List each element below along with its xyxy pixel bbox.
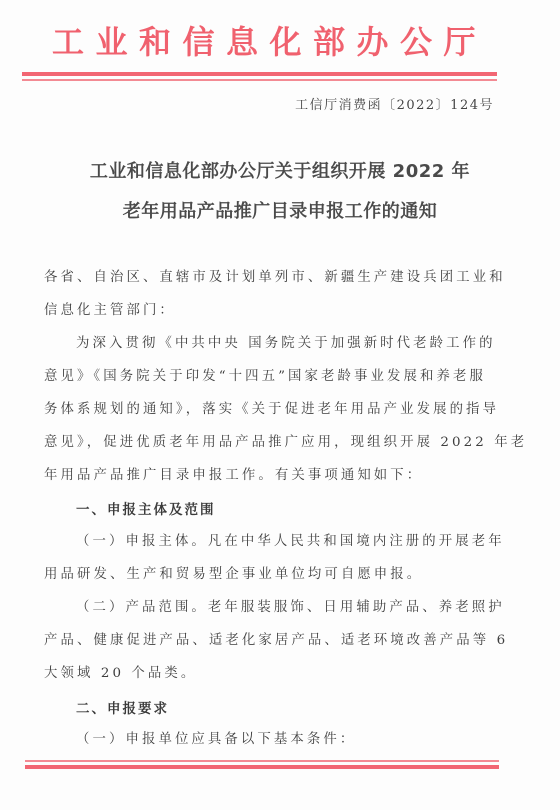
section-1-item-1-line-2: 用品研发、生产和贸易型企事业单位均可自愿申报。: [44, 565, 476, 585]
intro-line-5: 年用品产品推广目录申报工作。有关事项通知如下：: [44, 466, 476, 486]
section-1-item-2-line-2: 产品、健康促进产品、适老化家居产品、适老环境改善产品等 6: [44, 631, 476, 651]
intro-line-2: 意见》《国务院关于印发“十四五”国家老龄事业发展和养老服: [44, 367, 476, 387]
section-2-item-1-line-1: （一）申报单位应具备以下基本条件：: [76, 730, 508, 750]
section-1-item-1-line-1: （一）申报主体。凡在中华人民共和国境内注册的开展老年: [76, 532, 508, 552]
addressee-line-1: 各省、自治区、直辖市及计划单列市、新疆生产建设兵团工业和: [44, 268, 476, 288]
document-title-line-1: 工业和信息化部办公厅关于组织开展 2022 年: [0, 157, 560, 183]
intro-line-1: 为深入贯彻《中共中央 国务院关于加强新时代老龄工作的: [76, 334, 508, 354]
footer-rule-thin: [25, 760, 499, 762]
footer-rule-thick: [25, 765, 499, 769]
document-page: 工业和信息化部办公厅 工信厅消费函〔2022〕124号 工业和信息化部办公厅关于…: [0, 0, 560, 810]
section-heading-2: 二、申报要求: [76, 697, 169, 717]
letterhead-rule-thick: [22, 72, 497, 76]
document-number: 工信厅消费函〔2022〕124号: [295, 94, 494, 113]
intro-line-4: 意见》，促进优质老年用品产品推广应用，现组织开展 2022 年老: [44, 433, 476, 453]
intro-line-3: 务体系规划的通知》，落实《关于促进老年用品产业发展的指导: [44, 400, 476, 420]
letterhead-issuer: 工业和信息化部办公厅: [52, 22, 472, 62]
addressee-line-2: 信息化主管部门：: [44, 301, 476, 321]
section-heading-1: 一、申报主体及范围: [76, 498, 216, 518]
document-title-line-2: 老年用品产品推广目录申报工作的通知: [0, 197, 560, 223]
section-1-item-2-line-3: 大领域 20 个品类。: [44, 664, 476, 684]
section-1-item-2-line-1: （二）产品范围。老年服装服饰、日用辅助产品、养老照护: [76, 598, 508, 618]
letterhead-rule-thin: [22, 79, 497, 81]
